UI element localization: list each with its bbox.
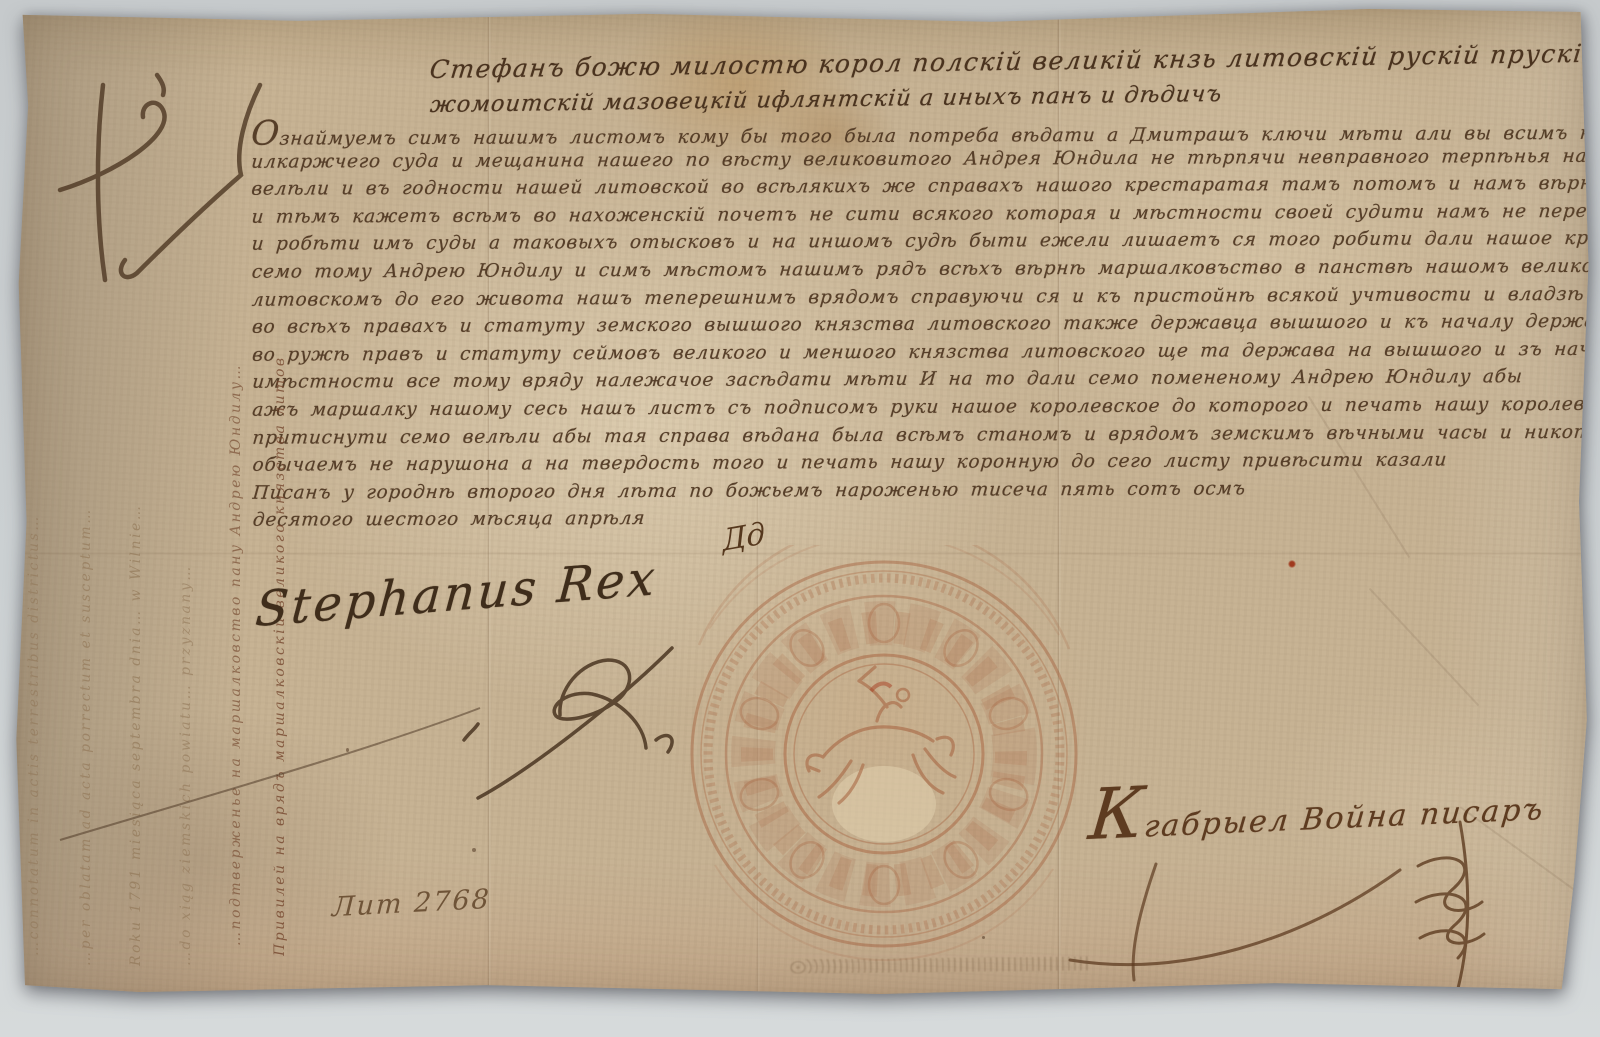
parchment-sheet: Стефанъ божю милостю корол полскій велик… <box>14 6 1590 997</box>
body-line: десятого шестого мѣсяца апрѣля <box>252 502 1489 535</box>
charter-intitulatio: Стефанъ божю милостю корол полскій велик… <box>430 41 1151 121</box>
wax-seal-imprint <box>655 545 1115 975</box>
crinkle-line <box>1369 588 1480 706</box>
photo-of-royal-charter: Стефанъ божю милостю корол полскій велик… <box>0 0 1600 1037</box>
charter-body-text: Ознаймуемъ симъ нашимъ листомъ кому бы т… <box>251 115 1488 534</box>
red-wax-speck <box>1288 560 1296 568</box>
royal-paraph-flourish <box>440 620 690 810</box>
margin-note-vertical: …do xiąg ziemskich powiatu… przyznany… <box>178 336 194 966</box>
scribe-paraph-flourish <box>1398 818 1508 1018</box>
scribe-underline-flourish <box>1060 850 1420 990</box>
parchment-surface: Стефанъ божю милостю корол полскій велик… <box>14 6 1590 997</box>
archival-number: Лит 2768 <box>331 884 491 923</box>
